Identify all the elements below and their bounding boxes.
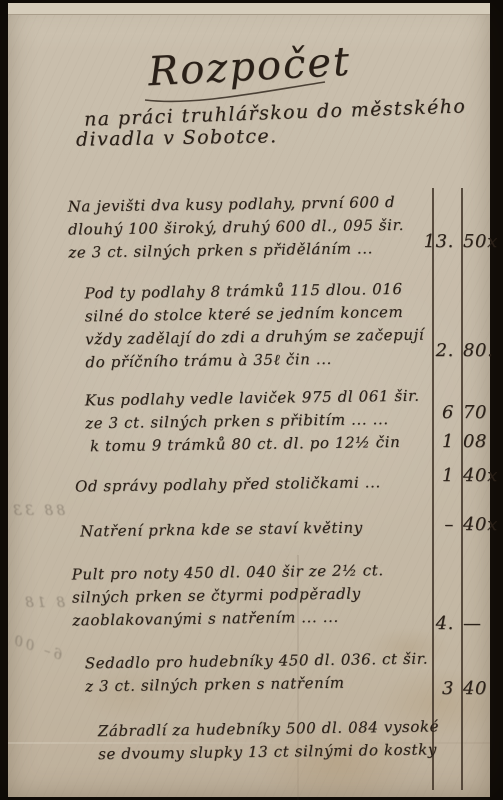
entry-amount-gulden: 1: [410, 465, 454, 487]
budget-entry: Sedadlo pro hudebníky 450 dl. 036. ct ši…: [0, 650, 503, 696]
pencil-bleedthrough-note: 88 33: [10, 503, 65, 519]
budget-entry: Natření prkna kde se staví květiny – 40x: [0, 518, 503, 541]
entry-amount-kreuzer: 70: [463, 402, 497, 424]
budget-entry: k tomu 9 trámků 80 ct. dl. po 12½ čin 1 …: [0, 433, 503, 456]
entry-amount-gulden: –: [410, 514, 454, 536]
budget-entry: Kus podlahy vedle laviček 975 dl 061 šir…: [0, 387, 503, 433]
budget-entry: Pod ty podlahy 8 trámků 115 dlou. 016 si…: [0, 280, 503, 372]
entry-text: Zábradlí za hudebníky 500 dl. 084 vysoké…: [0, 714, 503, 767]
entry-amount-gulden: 1: [410, 431, 454, 453]
paper-top-fold-edge: [8, 3, 490, 15]
budget-entry: Zábradlí za hudebníky 500 dl. 084 vysoké…: [0, 718, 503, 764]
entry-text: Na jevišti dva kusy podlahy, první 600 d…: [0, 189, 503, 265]
photo-background: Rozpočet na práci truhlářskou do městské…: [0, 0, 503, 800]
entry-amount-gulden: 13.: [410, 231, 454, 253]
entry-amount-gulden: 3: [410, 678, 454, 700]
entry-amount-kreuzer: 40: [463, 678, 497, 700]
pencil-bleedthrough-note: 8 18: [22, 595, 65, 611]
entry-amount-kreuzer: 40x: [463, 465, 497, 487]
budget-entry: Na jevišti dva kusy podlahy, první 600 d…: [0, 193, 503, 262]
entry-amount-gulden: 6: [410, 402, 454, 424]
entry-amount-kreuzer: —: [463, 613, 497, 635]
budget-entry: Od správy podlahy před stoličkami ... 1 …: [0, 473, 503, 496]
subtitle-line-2: divadla v Sobotce.: [76, 125, 278, 151]
entry-amount-kreuzer: 08: [463, 431, 497, 453]
entry-amount-gulden: 4.: [410, 613, 454, 635]
entry-amount-kreuzer: 50x: [463, 231, 497, 253]
entry-amount-kreuzer: 80.: [463, 340, 497, 362]
entry-amount-kreuzer: 40x: [463, 514, 497, 536]
budget-entry: Pult pro noty 450 dl. 040 šir ze 2½ ct. …: [0, 561, 503, 630]
entry-text-line: se dvoumy slupky 13 ct silnými do kostky: [98, 737, 503, 766]
title-underline-flourish: [140, 74, 330, 104]
entry-amount-gulden: 2.: [410, 340, 454, 362]
